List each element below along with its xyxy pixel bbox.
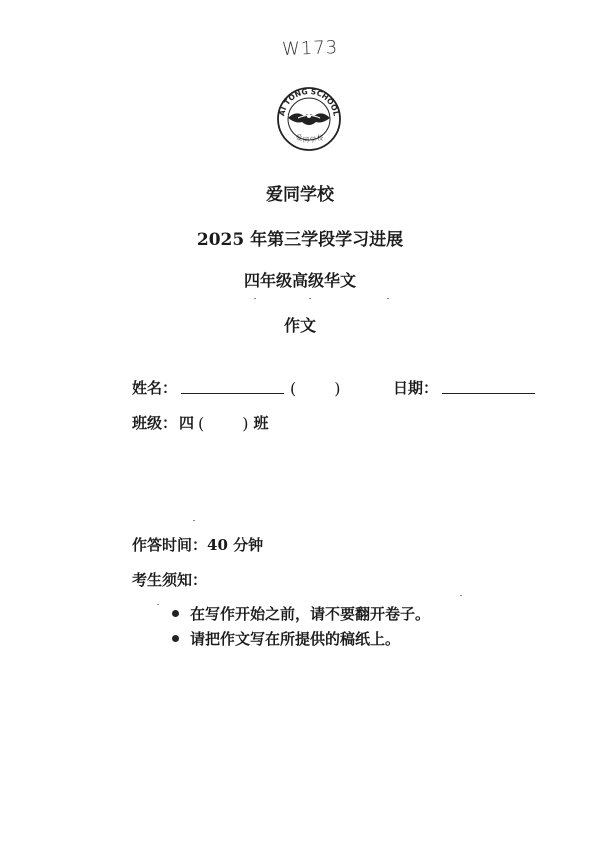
bullet-icon bbox=[172, 635, 179, 642]
class-prefix: 四 bbox=[179, 412, 194, 433]
class-label: 班级： bbox=[132, 412, 177, 433]
time-label: 作答时间： bbox=[132, 536, 207, 554]
assessment-title: 2025 年第三学段学习进展 bbox=[0, 225, 600, 250]
instructions-title: 考生须知： bbox=[132, 569, 207, 590]
date-label: 日期： bbox=[393, 377, 438, 398]
svg-text:校: 校 bbox=[317, 134, 324, 142]
class-field-row: 班级： 四 ( ) 班 bbox=[132, 412, 269, 433]
handwritten-note: W173 bbox=[282, 37, 339, 60]
subject-title: 四年级高级华文 bbox=[0, 268, 600, 291]
time-value: 40 分钟 bbox=[207, 536, 263, 554]
school-name: 爱同学校 bbox=[0, 180, 600, 205]
scan-speck bbox=[193, 520, 195, 521]
time-allowed: 作答时间：40 分钟 bbox=[132, 534, 263, 555]
svg-text:爱: 爱 bbox=[296, 134, 302, 142]
date-field-row: 日期： bbox=[393, 377, 535, 398]
date-blank[interactable] bbox=[442, 392, 535, 394]
class-paren-close: ) bbox=[242, 414, 248, 433]
name-paren-close: ) bbox=[334, 379, 340, 398]
svg-text:学: 学 bbox=[310, 136, 316, 144]
name-blank[interactable] bbox=[181, 392, 284, 394]
name-paren-open: ( bbox=[290, 379, 296, 398]
instruction-item: 在写作开始之前，请不要翻开卷子。 bbox=[172, 601, 430, 626]
name-label: 姓名： bbox=[132, 377, 177, 398]
svg-text:同: 同 bbox=[303, 136, 309, 144]
svg-text:AI TONG SCHOOL: AI TONG SCHOOL bbox=[277, 87, 341, 117]
scan-speck bbox=[387, 298, 389, 299]
scan-speck bbox=[460, 595, 462, 596]
logo-top-text: AI TONG SCHOOL bbox=[277, 87, 341, 117]
scan-speck bbox=[309, 298, 311, 299]
school-logo: AI TONG SCHOOL 爱 同 学 校 bbox=[276, 86, 342, 152]
bullet-icon bbox=[172, 610, 179, 617]
instructions-list: 在写作开始之前，请不要翻开卷子。 请把作文写在所提供的稿纸上。 bbox=[172, 601, 430, 651]
paper-title: 作文 bbox=[0, 313, 600, 336]
class-suffix: 班 bbox=[254, 412, 269, 433]
instruction-text: 请把作文写在所提供的稿纸上。 bbox=[190, 628, 400, 649]
scan-speck bbox=[157, 604, 159, 605]
instruction-item: 请把作文写在所提供的稿纸上。 bbox=[172, 626, 430, 651]
name-field-row: 姓名： ( ) bbox=[132, 377, 341, 398]
scan-speck bbox=[254, 298, 256, 299]
class-paren-open: ( bbox=[198, 414, 204, 433]
instruction-text: 在写作开始之前，请不要翻开卷子。 bbox=[190, 603, 430, 624]
